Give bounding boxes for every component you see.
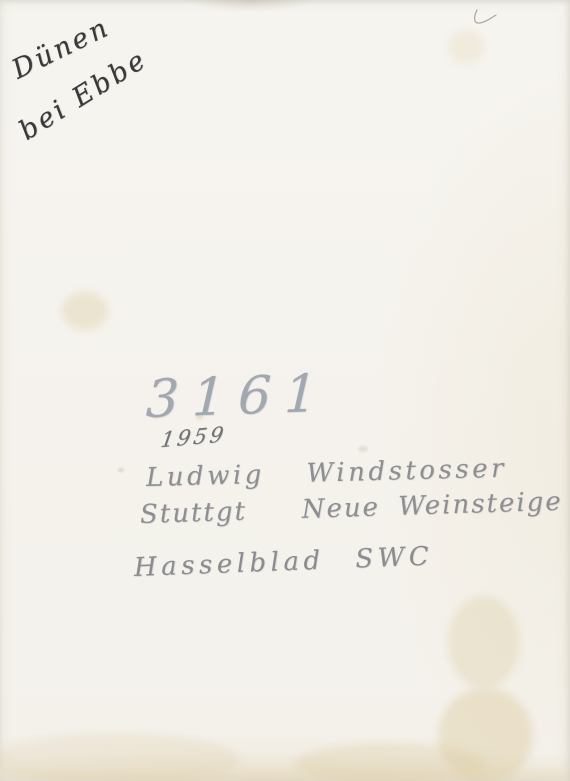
paper-speck (196, 414, 203, 420)
handwritten-title-line1: Dünen (7, 12, 115, 86)
handwritten-title-line2: bei Ebbe (14, 44, 153, 147)
paper-stain (0, 755, 570, 781)
inventory-number: 3161 (145, 364, 331, 431)
crease-mark (468, 8, 502, 32)
paper-stain (0, 733, 240, 781)
year-annotation: 1959 (159, 422, 228, 452)
photographer-note: Ludwig Windstosser (146, 454, 508, 493)
paper-stain (448, 30, 484, 64)
paper-stain (295, 743, 485, 781)
address-note: Stuttgt Neue Weinsteige 80 (140, 485, 570, 530)
paper-stain (62, 292, 108, 330)
photo-verso: Dünen bei Ebbe 3161 1959 Ludwig Windstos… (0, 0, 570, 781)
camera-note: Hasselblad SWC (133, 542, 433, 583)
paper-speck (118, 468, 124, 472)
paper-stain (438, 688, 533, 781)
paper-speck (358, 446, 368, 452)
paper-stain (448, 596, 520, 688)
